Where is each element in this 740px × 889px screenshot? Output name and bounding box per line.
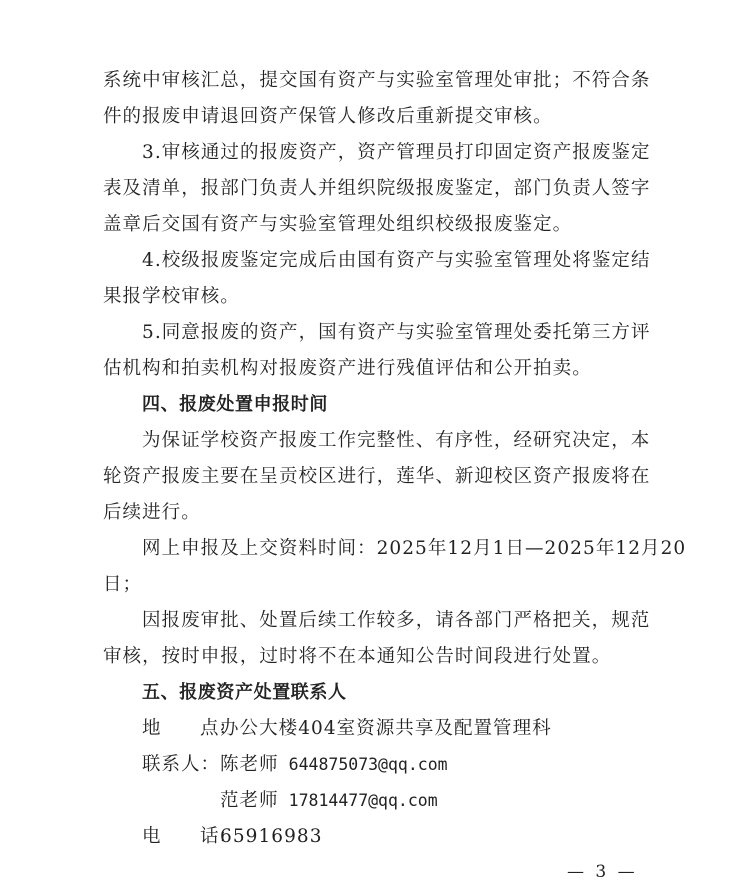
text-line: 3.审核通过的报废资产，资产管理员打印固定资产报废鉴定 bbox=[103, 135, 653, 171]
location-label: 地点： bbox=[142, 711, 220, 747]
section-heading-5: 五、报废资产处置联系人 bbox=[103, 675, 653, 711]
phone-value: 65916983 bbox=[220, 819, 323, 855]
contact-email[interactable]: 17814477@qq.com bbox=[289, 783, 438, 819]
phone-row: 电话： 65916983 bbox=[103, 819, 653, 855]
text-line: 4.校级报废鉴定完成后由国有资产与实验室管理处将鉴定结 bbox=[103, 243, 653, 279]
section4-paragraph-1: 为保证学校资产报废工作完整性、有序性，经研究决定，本 轮资产报废主要在呈贡校区进… bbox=[103, 423, 653, 531]
paragraph-item-4: 4.校级报废鉴定完成后由国有资产与实验室管理处将鉴定结 果报学校审核。 bbox=[103, 243, 653, 315]
text-line: 日； bbox=[103, 567, 653, 603]
text-line: 后续进行。 bbox=[103, 495, 653, 531]
paragraph-continuation: 系统中审核汇总，提交国有资产与实验室管理处审批；不符合条 件的报废申请退回资产保… bbox=[103, 63, 653, 135]
section-heading-4: 四、报废处置申报时间 bbox=[103, 387, 653, 423]
contact-name: 陈老师 bbox=[220, 747, 279, 783]
location-value: 办公大楼404室资源共享及配置管理科 bbox=[220, 711, 552, 747]
text-line: 因报废审批、处置后续工作较多，请各部门严格把关，规范 bbox=[103, 603, 653, 639]
paragraph-item-3: 3.审核通过的报废资产，资产管理员打印固定资产报废鉴定 表及清单，报部门负责人并… bbox=[103, 135, 653, 243]
text-line: 盖章后交国有资产与实验室管理处组织校级报废鉴定。 bbox=[103, 207, 653, 243]
section4-paragraph-2: 网上申报及上交资料时间：2025年12月1日—2025年12月20 日； bbox=[103, 531, 653, 603]
page-number: — 3 — bbox=[567, 862, 638, 882]
section4-paragraph-3: 因报废审批、处置后续工作较多，请各部门严格把关，规范 审核，按时申报，过时将不在… bbox=[103, 603, 653, 675]
phone-label: 电话： bbox=[142, 819, 220, 855]
text-line: 果报学校审核。 bbox=[103, 279, 653, 315]
contact-label: 联系人： bbox=[142, 747, 220, 783]
contact-name: 范老师 bbox=[220, 783, 279, 819]
contact-label-spacer bbox=[142, 783, 220, 819]
text-line: 5.同意报废的资产，国有资产与实验室管理处委托第三方评 bbox=[103, 315, 653, 351]
contact-row-1: 联系人： 陈老师 644875073@qq.com bbox=[103, 747, 653, 783]
text-line: 网上申报及上交资料时间：2025年12月1日—2025年12月20 bbox=[103, 531, 653, 567]
location-row: 地点： 办公大楼404室资源共享及配置管理科 bbox=[103, 711, 653, 747]
contact-row-2: 范老师 17814477@qq.com bbox=[103, 783, 653, 819]
text-line: 审核，按时申报，过时将不在本通知公告时间段进行处置。 bbox=[103, 639, 653, 675]
paragraph-item-5: 5.同意报废的资产，国有资产与实验室管理处委托第三方评 估机构和拍卖机构对报废资… bbox=[103, 315, 653, 387]
document-page: 系统中审核汇总，提交国有资产与实验室管理处审批；不符合条 件的报废申请退回资产保… bbox=[103, 63, 653, 855]
text-line: 系统中审核汇总，提交国有资产与实验室管理处审批；不符合条 bbox=[103, 63, 653, 99]
text-line: 件的报废申请退回资产保管人修改后重新提交审核。 bbox=[103, 99, 653, 135]
text-line: 轮资产报废主要在呈贡校区进行，莲华、新迎校区资产报废将在 bbox=[103, 459, 653, 495]
text-line: 估机构和拍卖机构对报废资产进行残值评估和公开拍卖。 bbox=[103, 351, 653, 387]
text-line: 为保证学校资产报废工作完整性、有序性，经研究决定，本 bbox=[103, 423, 653, 459]
text-line: 表及清单，报部门负责人并组织院级报废鉴定，部门负责人签字 bbox=[103, 171, 653, 207]
contact-email[interactable]: 644875073@qq.com bbox=[289, 747, 448, 783]
